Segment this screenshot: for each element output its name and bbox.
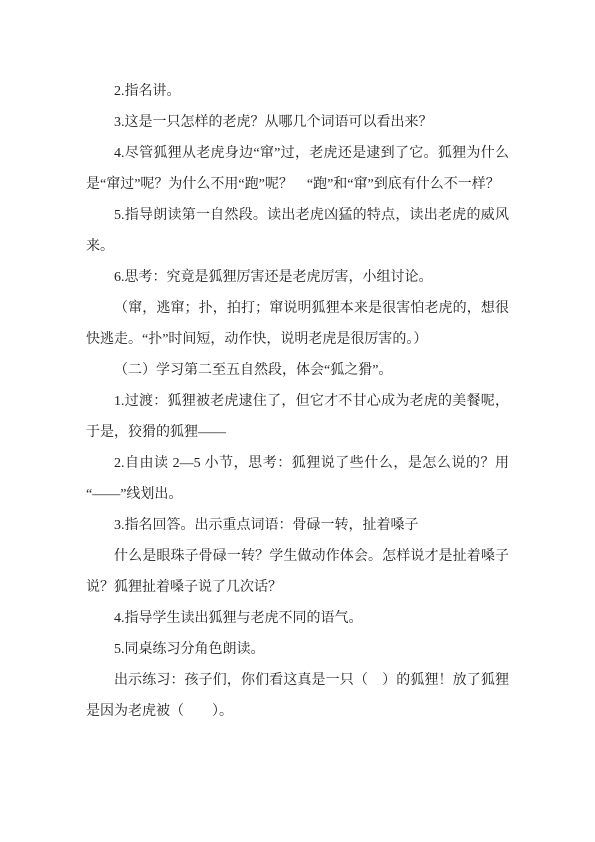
lesson-paragraph: 3.这是一只怎样的老虎？从哪几个词语可以看出来？ — [86, 107, 509, 138]
lesson-paragraph: 什么是眼珠子骨碌一转？学生做动作体会。怎样说才是扯着嗓子说？狐狸扯着嗓子说了几次… — [86, 541, 509, 603]
lesson-paragraph: 2.指名讲。 — [86, 76, 509, 107]
lesson-paragraph: 3.指名回答。出示重点词语：骨碌一转，扯着嗓子 — [86, 510, 509, 541]
lesson-paragraph-note: （窜，逃窜；扑，拍打；窜说明狐狸本来是很害怕老虎的，想很快逃走。“扑”时间短，动… — [86, 293, 509, 355]
lesson-paragraph: 6.思考：究竟是狐狸厉害还是老虎厉害，小组讨论。 — [86, 262, 509, 293]
lesson-section-heading: （二）学习第二至五自然段，体会“狐之猾”。 — [86, 355, 509, 386]
lesson-plan-text: 2.指名讲。 3.这是一只怎样的老虎？从哪几个词语可以看出来？ 4.尽管狐狸从老… — [86, 76, 509, 727]
document-page: 2.指名讲。 3.这是一只怎样的老虎？从哪几个词语可以看出来？ 4.尽管狐狸从老… — [0, 0, 595, 842]
lesson-paragraph: 1.过渡：狐狸被老虎逮住了，但它才不甘心成为老虎的美餐呢，于是，狡猾的狐狸—— — [86, 386, 509, 448]
lesson-paragraph-exercise: 出示练习：孩子们，你们看这真是一只（ ）的狐狸！放了狐狸是因为老虎被（ ）。 — [86, 665, 509, 727]
lesson-paragraph: 5.指导朗读第一自然段。读出老虎凶猛的特点，读出老虎的威风来。 — [86, 200, 509, 262]
lesson-paragraph: 5.同桌练习分角色朗读。 — [86, 634, 509, 665]
lesson-paragraph: 4.指导学生读出狐狸与老虎不同的语气。 — [86, 603, 509, 634]
lesson-paragraph: 2.自由读 2—5 小节，思考：狐狸说了些什么，是怎么说的？用“——”线划出。 — [86, 448, 509, 510]
lesson-paragraph: 4.尽管狐狸从老虎身边“窜”过，老虎还是逮到了它。狐狸为什么是“窜过”呢？为什么… — [86, 138, 509, 200]
